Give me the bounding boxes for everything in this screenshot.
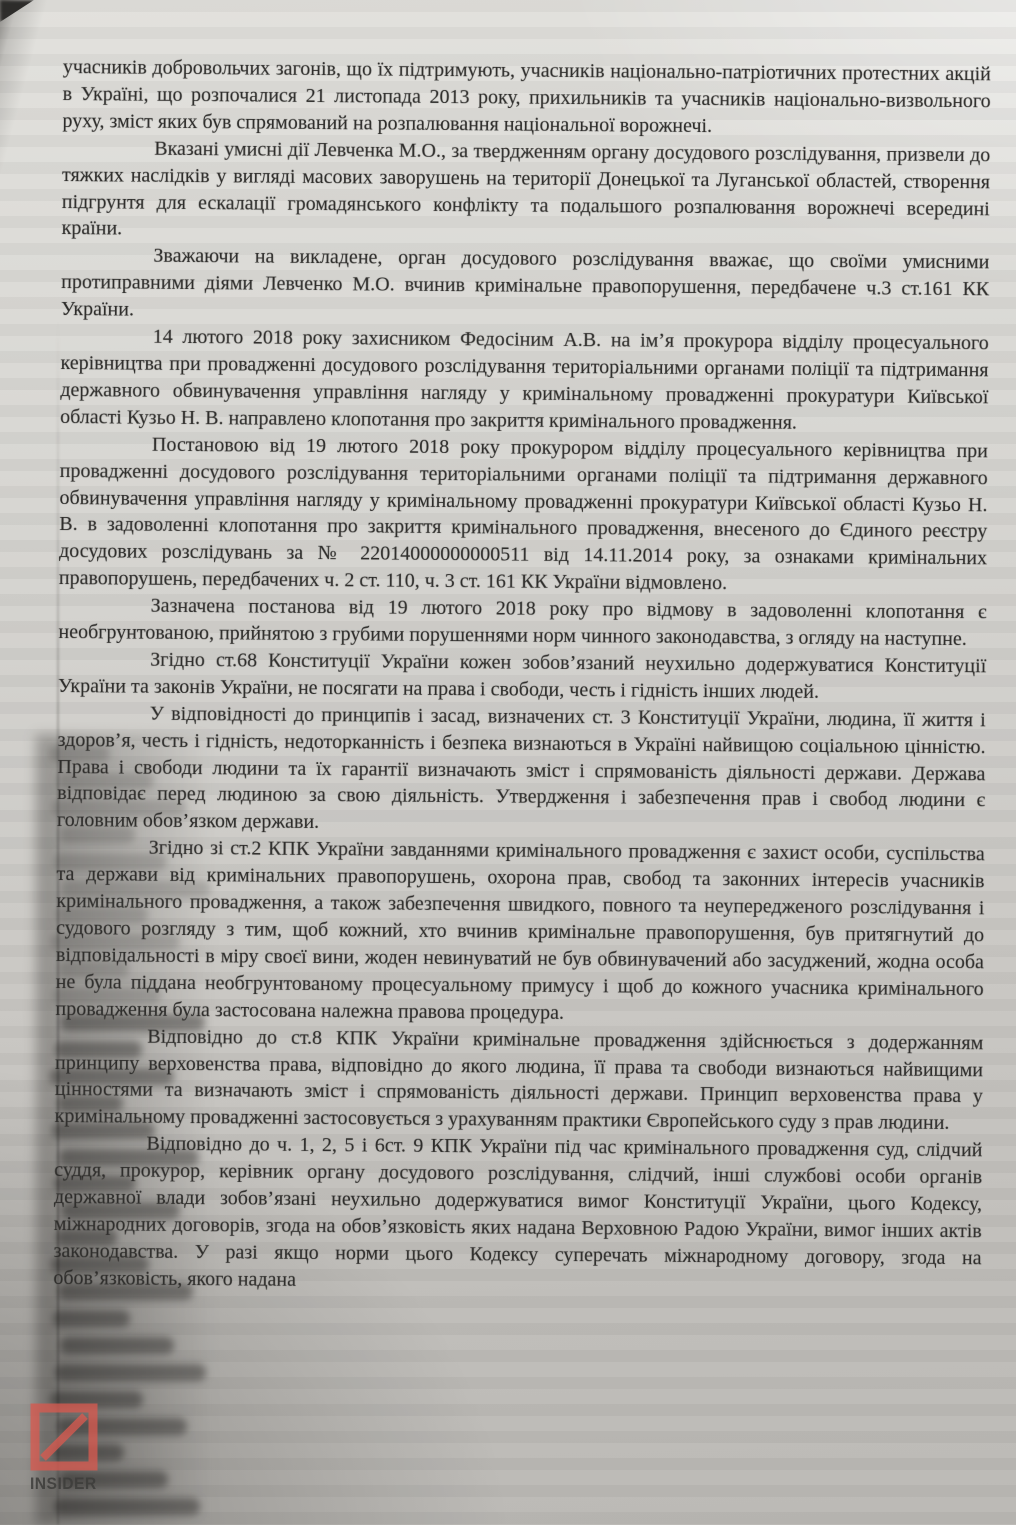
document-text: учасників добровольчих загонів, що їх пі… (53, 54, 991, 1299)
paragraph: Згідно ст.68 Конституції України кожен з… (58, 646, 986, 707)
paragraph: Згідно зі ст.2 КПК України завданнями кр… (55, 834, 984, 1030)
insider-watermark: INSIDER (30, 1402, 110, 1494)
scan-smudge (60, 1337, 174, 1354)
insider-logo-icon (30, 1402, 98, 1472)
scan-smudge (54, 1498, 200, 1515)
paragraph: Зважаючи на викладене, орган досудового … (61, 242, 990, 330)
scanned-document-page: учасників добровольчих загонів, що їх пі… (0, 0, 1016, 1525)
paragraph: Відповідно до ст.8 КПК України криміналь… (55, 1023, 984, 1138)
paragraph: Постановою від 19 лютого 2018 року проку… (59, 431, 988, 600)
insider-watermark-label: INSIDER (30, 1474, 104, 1494)
scan-smudge (55, 1364, 206, 1381)
paragraph: У відповідності до принципів і засад, ви… (57, 700, 986, 842)
paragraph: Зазначена постанова від 19 лютого 2018 р… (58, 592, 986, 653)
paragraph: Вказані умисні дії Левченка М.О., за тве… (62, 135, 991, 250)
paragraph: 14 лютого 2018 року захисником Федосіним… (60, 323, 989, 438)
scan-corner-shadow (0, 0, 34, 22)
paragraph: Відповідно до ч. 1, 2, 5 і 6ст. 9 КПК Ук… (53, 1130, 982, 1299)
scan-smudge (53, 1310, 130, 1327)
paragraph: учасників добровольчих загонів, що їх пі… (62, 54, 991, 142)
